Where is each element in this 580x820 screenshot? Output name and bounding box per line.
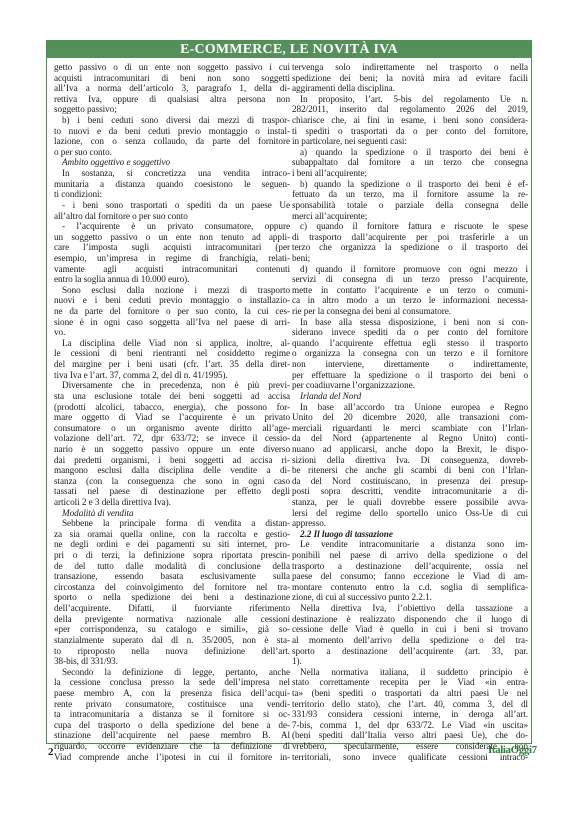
- text-line: sizioni della direttiva Iva. Di consegue…: [292, 455, 528, 466]
- text-line: rie per la consegna dei beni al consumat…: [292, 306, 528, 317]
- text-line: tiva Iva e l’art. 37, comma 2, del dl n.…: [54, 370, 290, 381]
- text-line: per effettuare la spedizione o il traspo…: [292, 370, 528, 381]
- text-line: tassati nel paese di destinazione per ef…: [54, 486, 290, 497]
- text-line: to nuovi e da beni ceduti previo montagg…: [54, 126, 290, 137]
- text-line: soggetto passivo;: [54, 104, 290, 115]
- text-line: sta una esclusione totale dei beni sogge…: [54, 391, 290, 402]
- text-line: zione, di cui al successivo punto 2.2.1.: [292, 592, 528, 603]
- text-line: stato correttamente recepita per le Viad…: [292, 677, 528, 688]
- text-line: Le vendite intracomunitarie a distanza s…: [292, 539, 528, 550]
- text-line: territorio dello stato), che l’art. 40, …: [292, 699, 528, 710]
- text-line: paese membro A, con la presenza fisica d…: [54, 688, 290, 699]
- text-line: d) quando il fornitore promuove con ogni…: [292, 264, 528, 275]
- text-line: per coadiuvarne l’organizzazione.: [292, 380, 528, 391]
- text-line: appresso.: [292, 518, 528, 529]
- section-header: E-COMMERCE, LE NOVITÀ IVA: [47, 41, 531, 58]
- text-line: In base alla stessa disposizione, i beni…: [292, 317, 528, 328]
- text-line: consumatore o un organismo avente diritt…: [54, 423, 290, 434]
- text-line: in particolare, nei seguenti casi:: [292, 136, 528, 147]
- text-line: da del Nord (appartenente al Regno Unito…: [292, 433, 528, 444]
- text-line: cupa del trasporto o della spedizione de…: [54, 720, 290, 731]
- text-line: i beni all’acquirente;: [292, 168, 528, 179]
- text-line: In proposito, l’art. 5-bis del regolamen…: [292, 94, 528, 105]
- text-line: mare oggetto di Viad se l’acquirente è u…: [54, 412, 290, 423]
- text-line: tervenga solo indirettamente nel traspor…: [292, 62, 528, 73]
- text-line: c) quando il fornitore fattura e riscuot…: [292, 221, 528, 232]
- text-line: In base all’accordo tra Unione europea e…: [292, 402, 528, 413]
- text-line: all’Iva a norma dell’articolo 3, paragra…: [54, 83, 290, 94]
- text-line: di trasporto dall’acquirente per poi tra…: [292, 232, 528, 243]
- text-line: del margine per i beni usati (cfr. l’art…: [54, 359, 290, 370]
- text-line: posti sopra descritti, vendite intracomu…: [292, 486, 528, 497]
- text-line: b) i beni ceduti sono diversi dai mezzi …: [54, 115, 290, 126]
- text-line: 1).: [292, 656, 528, 667]
- text-line: - l’acquirente è un privato consumatore,…: [54, 221, 290, 232]
- text-line: chiarisce che, ai fini in esame, i beni …: [292, 115, 528, 126]
- text-line: sporto o nella spedizione dei beni a des…: [54, 592, 290, 603]
- right-column: tervenga solo indirettamente nel traspor…: [292, 62, 528, 762]
- text-line: merci all’acquirente;: [292, 211, 528, 222]
- text-line: La disciplina delle Viad non si applica,…: [54, 338, 290, 349]
- text-line: In sostanza, si concretizza una vendita …: [54, 168, 290, 179]
- text-line: sione è in ogni caso soggetta all’Iva ne…: [54, 317, 290, 328]
- left-column: getto passivo o di un ente non soggetto …: [54, 62, 290, 762]
- text-line: le cessioni di beni rientranti nel cosid…: [54, 348, 290, 359]
- text-line: nuano ad applicarsi, anche dopo la Brexi…: [292, 444, 528, 455]
- text-line: beni;: [292, 253, 528, 264]
- text-line: articoli 2 e 3 della direttiva Iva).: [54, 497, 290, 508]
- text-line: la cessione conclusa presso la sede dell…: [54, 677, 290, 688]
- text-line: spedizione dei beni; la novità mira ad e…: [292, 73, 528, 84]
- text-line: to riproposto nella nuova definizione de…: [54, 646, 290, 657]
- text-line: sponsabilità totale o parziale della con…: [292, 200, 528, 211]
- text-line: ponibili nel paese di arrivo della spedi…: [292, 550, 528, 561]
- subheading-line: Irlanda del Nord: [292, 391, 528, 402]
- text-line: - i beni sono trasportati o spediti da u…: [54, 200, 290, 211]
- text-line: Sebbene la principale forma di vendita a…: [54, 518, 290, 529]
- text-line: ta» (beni spediti o trasportati da altri…: [292, 688, 528, 699]
- text-line: pri o di terzi, la definizione sopra rip…: [54, 550, 290, 561]
- text-line: Nella direttiva Iva, l’obiettivo della t…: [292, 603, 528, 614]
- text-line: montare contenuto entro la c.d. soglia d…: [292, 582, 528, 593]
- text-line: sporto a destinazione dell’acquirente (a…: [292, 646, 528, 657]
- text-line: cessione delle Viad è quello in cui i be…: [292, 624, 528, 635]
- text-line: acquisti intracomunitari di beni non son…: [54, 73, 290, 84]
- text-line: ta intracomunitaria a distanza se il for…: [54, 709, 290, 720]
- text-line: 331/93 considera cessioni interne, in de…: [292, 709, 528, 720]
- text-line: quando l’acquirente effettua egli stesso…: [292, 338, 528, 349]
- text-line: ti spediti o trasportati da o per conto …: [292, 126, 528, 137]
- text-line: lersi del regime dello sportello unico O…: [292, 508, 528, 519]
- text-line: circostanza del coinvolgimento del forni…: [54, 582, 290, 593]
- text-line: rettiva Iva, oppure di qualsiasi altra p…: [54, 94, 290, 105]
- text-line: rente privato consumatore, costituisce u…: [54, 699, 290, 710]
- text-line: un soggetto passivo o un ente non tenuto…: [54, 232, 290, 243]
- text-line: merciali riguardanti le merci scambiate …: [292, 423, 528, 434]
- text-line: ti condizioni:: [54, 189, 290, 200]
- text-line: nario è un soggetto passivo oppure un en…: [54, 444, 290, 455]
- text-line: a) quando la spedizione o il trasporto d…: [292, 147, 528, 158]
- text-line: Sono esclusi dalla nozione i mezzi di tr…: [54, 285, 290, 296]
- text-line: esempio, un’impresa in regime di franchi…: [54, 253, 290, 264]
- text-line: Diversamente che in precedenza, non è pi…: [54, 380, 290, 391]
- text-line: Secondo la definizione di legge, pertant…: [54, 667, 290, 678]
- text-line: non interviene, direttamente o indiretta…: [292, 359, 528, 370]
- text-line: o per suo conto.: [54, 147, 290, 158]
- text-line: lazione, con o senza collaudo, da parte …: [54, 136, 290, 147]
- text-line: getto passivo o di un ente non soggetto …: [54, 62, 290, 73]
- text-line: de del tutto dalle modalità di conclusio…: [54, 561, 290, 572]
- text-line: Unito del 20 dicembre 2020, alle transaz…: [292, 412, 528, 423]
- text-line: «per corrispondenza, su catalogo e simil…: [54, 624, 290, 635]
- text-line: za sia oramai quella online, con la racc…: [54, 529, 290, 540]
- page-number: 2: [48, 746, 54, 758]
- text-line: mangono esclusi dalla disciplina delle v…: [54, 465, 290, 476]
- subheading-line: Ambito oggettivo e soggettivo: [54, 157, 290, 168]
- text-line: volazione dell’art. 72, dpr 633/72; se i…: [54, 433, 290, 444]
- text-line: b) quando la spedizione o il trasporto d…: [292, 179, 528, 190]
- text-line: 38-bis, dl 331/93.: [54, 656, 290, 667]
- text-line: stanzialmente superato dal dl n. 35/2005…: [54, 635, 290, 646]
- text-line: terzo che organizza la spedizione o il t…: [292, 242, 528, 253]
- text-line: fettuato da un terzo, ma il fornitore as…: [292, 189, 528, 200]
- text-line: 7-bis, comma 1, del dpr 633/72. Le Viad …: [292, 720, 528, 731]
- text-line: munitaria a distanza quando coesistono l…: [54, 179, 290, 190]
- article-box: E-COMMERCE, LE NOVITÀ IVA getto passivo …: [46, 40, 532, 744]
- text-line: aggiramenti della disciplina.: [292, 83, 528, 94]
- text-line: trasporto a destinazione dell’acquirente…: [292, 561, 528, 572]
- text-line: ne da parte del fornitore o per suo cont…: [54, 306, 290, 317]
- text-line: dai predetti organismi, i beni soggetti …: [54, 455, 290, 466]
- text-line: entro la soglia annua di 10.000 euro).: [54, 274, 290, 285]
- text-line: mette in contatto l’acquirente e un terz…: [292, 285, 528, 296]
- text-line: ca in altro modo a un terzo le informazi…: [292, 295, 528, 306]
- text-line: al momento dell’arrivo della spedizione …: [292, 635, 528, 646]
- text-line: (prodotti alcolici, tabacco, energia), c…: [54, 402, 290, 413]
- text-line: stinazione dell’acquirente nel paese mem…: [54, 730, 290, 741]
- text-line: care l’imposta sugli acquisti intracomun…: [54, 242, 290, 253]
- text-line: (beni spediti dall’Italia verso altri pa…: [292, 730, 528, 741]
- text-line: paese del consumo; fanno eccezione le Vi…: [292, 571, 528, 582]
- text-line: 282/2011, inserito dal regolamento 2026 …: [292, 104, 528, 115]
- text-line: Nella normativa italiana, il suddetto pr…: [292, 667, 528, 678]
- text-line: o organizza la consegna con un terzo e i…: [292, 348, 528, 359]
- text-line: stanza, per le quali dovrebbe essere pos…: [292, 497, 528, 508]
- text-line: subappaltato dal fornitore a un terzo ch…: [292, 157, 528, 168]
- text-line: vo.: [54, 327, 290, 338]
- publication-logo: ItaliaOggi7: [488, 744, 537, 756]
- text-line: siderano invece spediti da o per conto d…: [292, 327, 528, 338]
- subheading-line: Modalità di vendita: [54, 508, 290, 519]
- text-line: transazione, essendo basata esclusivamen…: [54, 571, 290, 582]
- text-line: da del Nord costituiscano, in presenza d…: [292, 476, 528, 487]
- text-line: dell’acquirente. Difatti, il fuorviante …: [54, 603, 290, 614]
- text-line: nuovi e i beni ceduti previo montaggio o…: [54, 295, 290, 306]
- text-line: all’altro dal fornitore o per suo conto: [54, 211, 290, 222]
- text-line: vamente agli acquisti intracomunitari co…: [54, 264, 290, 275]
- text-line: be ritenersi che anche gli scambi di ben…: [292, 465, 528, 476]
- text-line: servizi di consegna di un terzo presso l…: [292, 274, 528, 285]
- text-line: della previgente normativa nazionale all…: [54, 614, 290, 625]
- text-line: destinazione è realizzato disponendo che…: [292, 614, 528, 625]
- text-line: stanza (con la conseguenza che sono in o…: [54, 476, 290, 487]
- subheading-line: 2.2 Il luogo di tassazione: [292, 529, 528, 540]
- text-line: ne degli ordini e dei pagamenti su siti …: [54, 539, 290, 550]
- text-line: riguardo, occorre evidenziare che la def…: [54, 741, 290, 752]
- text-line: Viad comprende anche l’ipotesi in cui il…: [54, 752, 290, 763]
